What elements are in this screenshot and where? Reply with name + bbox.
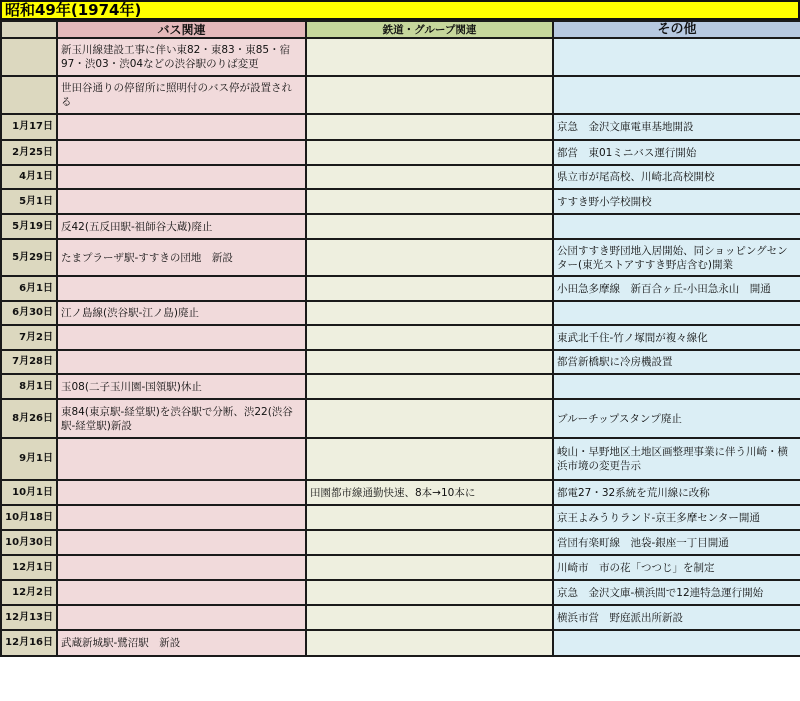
bus-cell: たまプラーザ駅-すすきの団地 新設 [57,239,306,276]
date-cell: 2月25日 [1,140,57,165]
bus-cell [57,140,306,165]
table-row: 10月30日営団有楽町線 池袋-銀座一丁目開通 [1,530,800,555]
other-cell: 都営 東01ミニバス運行開始 [553,140,800,165]
date-cell: 8月26日 [1,399,57,438]
rail-cell [306,189,553,214]
date-cell [1,38,57,76]
header-bus: バス関連 [57,21,306,38]
other-cell: 京急 金沢文庫電車基地開設 [553,114,800,140]
other-cell: 県立市が尾高校、川崎北高校開校 [553,165,800,189]
rail-cell [306,505,553,530]
bus-cell: 玉08(二子玉川園-国領駅)休止 [57,374,306,399]
rail-cell [306,605,553,630]
bus-cell [57,114,306,140]
date-cell: 5月19日 [1,214,57,239]
other-cell [553,301,800,325]
date-cell: 12月2日 [1,580,57,605]
bus-cell [57,350,306,374]
header-date [1,21,57,38]
rail-cell [306,239,553,276]
other-cell: 小田急多摩線 新百合ヶ丘-小田急永山 開通 [553,276,800,301]
other-cell: 横浜市営 野庭派出所新設 [553,605,800,630]
date-cell: 1月17日 [1,114,57,140]
bus-cell: 東84(東京駅-経堂駅)を渋谷駅で分断、渋22(渋谷駅-経堂駅)新設 [57,399,306,438]
bus-cell: 武蔵新城駅-鷺沼駅 新設 [57,630,306,656]
date-cell: 9月1日 [1,438,57,480]
timeline-table: バス関連 鉄道・グループ関連 その他 新玉川線建設工事に伴い東82・東83・東8… [0,20,800,657]
other-cell: 川崎市 市の花「つつじ」を制定 [553,555,800,580]
date-cell: 5月1日 [1,189,57,214]
rail-cell [306,630,553,656]
rail-cell [306,555,553,580]
bus-cell [57,580,306,605]
timeline-sheet: 昭和49年(1974年) バス関連 鉄道・グループ関連 その他 新玉川線建設工事… [0,0,800,701]
bus-cell [57,165,306,189]
other-cell: 京急 金沢文庫-横浜間で12連特急運行開始 [553,580,800,605]
rail-cell [306,38,553,76]
table-row: 5月29日たまプラーザ駅-すすきの団地 新設公団すすき野団地入居開始、同ショッピ… [1,239,800,276]
other-cell: 東武北千住-竹ノ塚間が複々線化 [553,325,800,350]
bus-cell [57,189,306,214]
date-cell: 12月1日 [1,555,57,580]
bus-cell: 新玉川線建設工事に伴い東82・東83・東85・宿97・渋03・渋04などの渋谷駅… [57,38,306,76]
table-row: 4月1日県立市が尾高校、川崎北高校開校 [1,165,800,189]
rail-cell [306,374,553,399]
rail-cell [306,325,553,350]
other-cell [553,374,800,399]
other-cell: すすき野小学校開校 [553,189,800,214]
table-row: 5月1日すすき野小学校開校 [1,189,800,214]
rail-cell [306,580,553,605]
table-row: 8月26日東84(東京駅-経堂駅)を渋谷駅で分断、渋22(渋谷駅-経堂駅)新設ブ… [1,399,800,438]
bus-cell [57,505,306,530]
other-cell: 営団有楽町線 池袋-銀座一丁目開通 [553,530,800,555]
date-cell: 4月1日 [1,165,57,189]
other-cell: ブルーチップスタンプ廃止 [553,399,800,438]
other-cell [553,214,800,239]
date-cell: 6月1日 [1,276,57,301]
date-cell: 5月29日 [1,239,57,276]
rail-cell [306,350,553,374]
table-row: 12月1日川崎市 市の花「つつじ」を制定 [1,555,800,580]
bus-cell [57,530,306,555]
table-row: 9月1日峻山・早野地区土地区画整理事業に伴う川崎・横浜市境の変更告示 [1,438,800,480]
other-cell [553,76,800,114]
table-row: 12月16日武蔵新城駅-鷺沼駅 新設 [1,630,800,656]
header-rail: 鉄道・グループ関連 [306,21,553,38]
date-cell: 10月1日 [1,480,57,505]
header-row: バス関連 鉄道・グループ関連 その他 [1,21,800,38]
date-cell: 10月30日 [1,530,57,555]
table-row: 5月19日反42(五反田駅-祖師谷大蔵)廃止 [1,214,800,239]
date-cell: 6月30日 [1,301,57,325]
rail-cell [306,76,553,114]
table-row: 2月25日都営 東01ミニバス運行開始 [1,140,800,165]
date-cell: 8月1日 [1,374,57,399]
bus-cell: 反42(五反田駅-祖師谷大蔵)廃止 [57,214,306,239]
bus-cell [57,480,306,505]
date-cell: 7月28日 [1,350,57,374]
year-title: 昭和49年(1974年) [0,0,800,20]
bus-cell [57,438,306,480]
rail-cell [306,399,553,438]
table-row: 12月13日横浜市営 野庭派出所新設 [1,605,800,630]
other-cell: 京王よみうりランド-京王多摩センター開通 [553,505,800,530]
table-row: 10月1日田園都市線通勤快速、8本→10本に都電27・32系統を荒川線に改称 [1,480,800,505]
other-cell [553,38,800,76]
other-cell: 公団すすき野団地入居開始、同ショッピングセンター(東光ストアすすき野店含む)開業 [553,239,800,276]
date-cell: 12月13日 [1,605,57,630]
other-cell: 都営新橋駅に冷房機設置 [553,350,800,374]
rail-cell [306,214,553,239]
table-row: 7月2日東武北千住-竹ノ塚間が複々線化 [1,325,800,350]
date-cell [1,76,57,114]
other-cell: 都電27・32系統を荒川線に改称 [553,480,800,505]
table-row: 1月17日京急 金沢文庫電車基地開設 [1,114,800,140]
table-row: 世田谷通りの停留所に照明付のバス停が設置される [1,76,800,114]
rail-cell [306,276,553,301]
bus-cell: 江ノ島線(渋谷駅-江ノ島)廃止 [57,301,306,325]
table-row: 12月2日京急 金沢文庫-横浜間で12連特急運行開始 [1,580,800,605]
rail-cell [306,530,553,555]
bus-cell [57,555,306,580]
rail-cell [306,165,553,189]
table-row: 6月30日江ノ島線(渋谷駅-江ノ島)廃止 [1,301,800,325]
rail-cell [306,140,553,165]
bus-cell: 世田谷通りの停留所に照明付のバス停が設置される [57,76,306,114]
bus-cell [57,605,306,630]
timeline-body: 新玉川線建設工事に伴い東82・東83・東85・宿97・渋03・渋04などの渋谷駅… [1,38,800,656]
header-other: その他 [553,21,800,38]
other-cell: 峻山・早野地区土地区画整理事業に伴う川崎・横浜市境の変更告示 [553,438,800,480]
table-row: 7月28日都営新橋駅に冷房機設置 [1,350,800,374]
rail-cell [306,438,553,480]
other-cell [553,630,800,656]
bus-cell [57,325,306,350]
table-row: 新玉川線建設工事に伴い東82・東83・東85・宿97・渋03・渋04などの渋谷駅… [1,38,800,76]
table-row: 6月1日小田急多摩線 新百合ヶ丘-小田急永山 開通 [1,276,800,301]
bus-cell [57,276,306,301]
rail-cell [306,114,553,140]
rail-cell: 田園都市線通勤快速、8本→10本に [306,480,553,505]
rail-cell [306,301,553,325]
date-cell: 12月16日 [1,630,57,656]
table-row: 10月18日京王よみうりランド-京王多摩センター開通 [1,505,800,530]
date-cell: 10月18日 [1,505,57,530]
date-cell: 7月2日 [1,325,57,350]
table-row: 8月1日玉08(二子玉川園-国領駅)休止 [1,374,800,399]
